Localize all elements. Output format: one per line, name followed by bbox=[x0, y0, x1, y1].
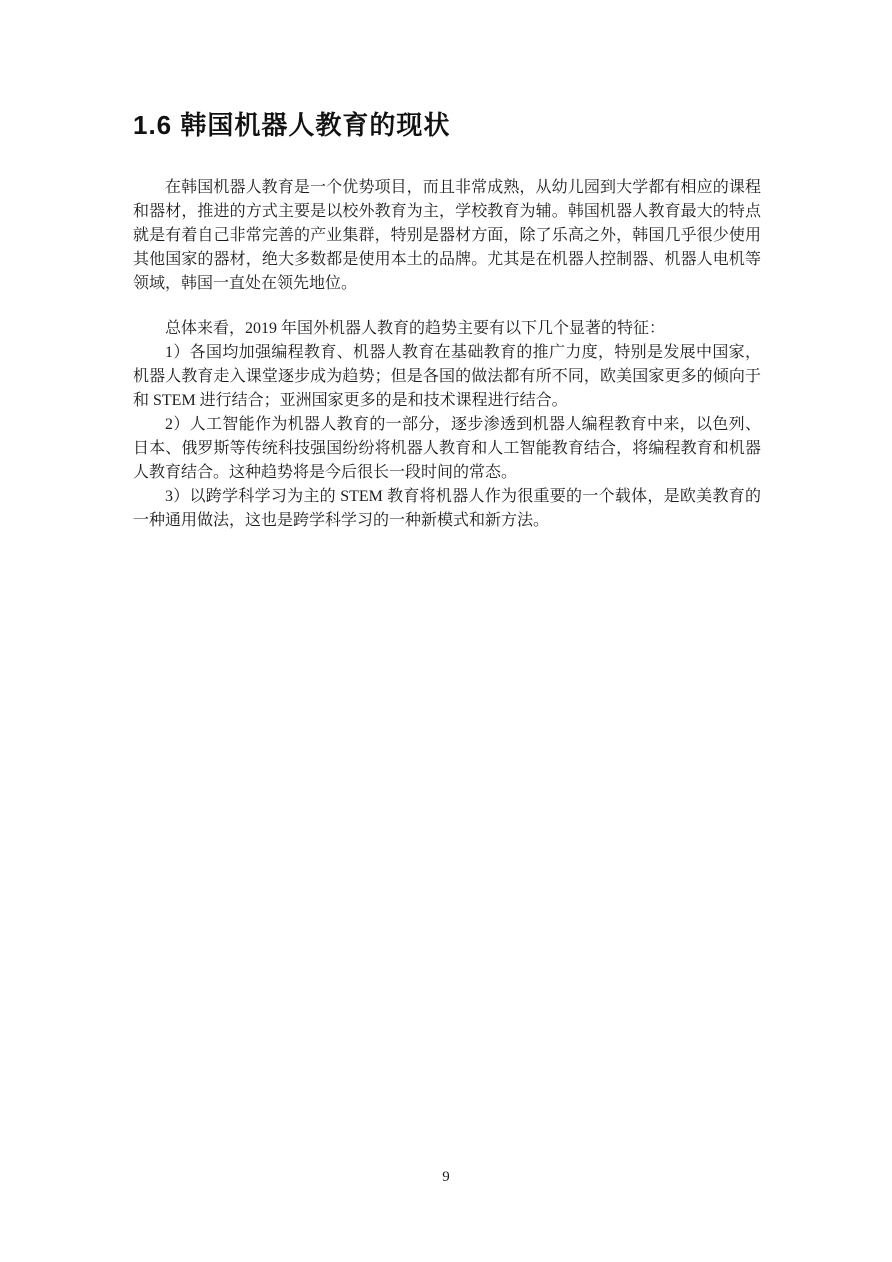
page-number: 9 bbox=[0, 1169, 892, 1186]
paragraph-trend-2: 2）人工智能作为机器人教育的一部分，逐步渗透到机器人编程教育中来，以色列、日本、… bbox=[133, 413, 761, 485]
paragraph-summary-lead: 总体来看，2019 年国外机器人教育的趋势主要有以下几个显著的特征： bbox=[133, 317, 761, 341]
paragraph-intro: 在韩国机器人教育是一个优势项目，而且非常成熟，从幼儿园到大学都有相应的课程和器材… bbox=[133, 176, 761, 296]
paragraph-trend-1: 1）各国均加强编程教育、机器人教育在基础教育的推广力度，特别是发展中国家，机器人… bbox=[133, 341, 761, 413]
text-column: 1.6 韩国机器人教育的现状 在韩国机器人教育是一个优势项目，而且非常成熟，从幼… bbox=[133, 108, 761, 533]
body-text: 在韩国机器人教育是一个优势项目，而且非常成熟，从幼儿园到大学都有相应的课程和器材… bbox=[133, 176, 761, 533]
paragraph-trend-3: 3）以跨学科学习为主的 STEM 教育将机器人作为很重要的一个载体，是欧美教育的… bbox=[133, 485, 761, 533]
section-heading: 1.6 韩国机器人教育的现状 bbox=[133, 108, 761, 142]
document-page: 1.6 韩国机器人教育的现状 在韩国机器人教育是一个优势项目，而且非常成熟，从幼… bbox=[0, 0, 892, 1262]
